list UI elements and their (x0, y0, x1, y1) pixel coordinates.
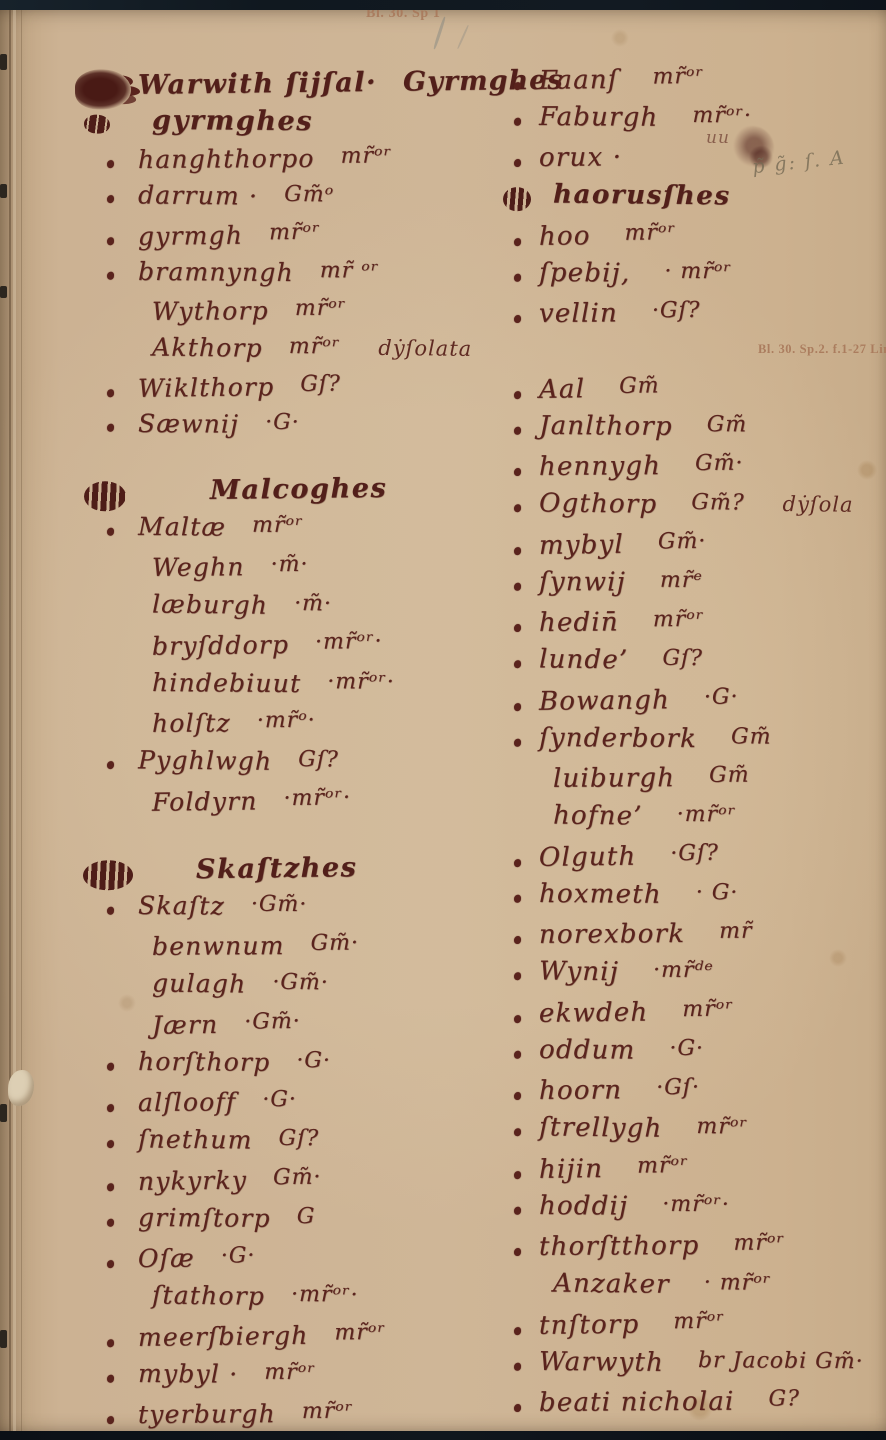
manuscript-section: Warwith ſijſal·Gyrmghesgyrmgheshanghthor… (82, 68, 506, 448)
paragraph-marker-slot (82, 69, 138, 110)
place-name: Malcoghes (210, 473, 388, 506)
binding-crease (9, 8, 11, 1433)
entry-bullet (106, 1140, 113, 1148)
entry-bullet-slot (495, 467, 539, 475)
manuscript-line: bramnynghmr̃ ᵒʳ (82, 257, 506, 298)
manuscript-line: hoddij·mr̃ᵒʳ· (495, 1191, 886, 1233)
entry-bullet-slot (495, 273, 539, 281)
printed-caption-sp2: Bl. 30. Sp.2. f.1-27 Lin. (758, 342, 886, 357)
tax-abbreviation: mr̃ᵒʳ (624, 220, 676, 246)
place-name: Pyghlwgh (138, 745, 272, 775)
manuscript-line: gyrmghmr̃ᵒʳ (82, 217, 506, 260)
entry-bullet (106, 1183, 113, 1191)
entry-bullet-slot (82, 1259, 138, 1267)
manuscript-line: ſtathorp·mr̃ᵒʳ· (82, 1280, 506, 1323)
entry-bullet (513, 82, 520, 90)
tax-abbreviation: ·mr̃ᵒʳ· (291, 1282, 359, 1308)
entry-bullet-slot (82, 424, 138, 432)
printed-caption-sp1: Bl. 30. Sp 1 (366, 8, 441, 22)
tax-abbreviation: ·m̃· (294, 591, 332, 616)
tax-abbreviation: mr̃ᵒʳ (269, 220, 321, 246)
place-name: luiburgh (553, 763, 675, 794)
manuscript-line: Weghn·m̃· (82, 551, 506, 593)
entry-bullet (513, 547, 520, 555)
manuscript-line: Olguth·Gſ? (495, 839, 886, 883)
tax-abbreviation: ·G· (221, 1243, 256, 1268)
paragraph-marker-slot (495, 186, 539, 210)
place-name: vellin (539, 298, 618, 328)
manuscript-line: vellin·Gſ? (495, 297, 886, 338)
paragraph-marker-slot (82, 859, 138, 890)
entry-bullet (513, 315, 520, 323)
tax-abbreviation: ·G· (704, 684, 739, 709)
entry-bullet (513, 582, 520, 590)
place-name: alſlooff (138, 1087, 237, 1117)
place-name: bramnyngh (138, 257, 294, 287)
empty-marker-slot (82, 1030, 138, 1031)
paragraph-marker-slot (82, 480, 138, 511)
entry-bullet (106, 160, 113, 168)
tax-abbreviation: Gm̃· (658, 529, 707, 555)
entry-bullet (513, 1362, 520, 1370)
place-name: orux · (539, 142, 622, 173)
manuscript-section: Faanſmr̃ᵒʳFaburghmr̃ᵒʳ·orux ·haorusſhesh… (495, 64, 886, 337)
tax-abbreviation: Gſ? (662, 646, 703, 671)
place-name: beati nicholai (539, 1387, 735, 1418)
entry-bullet-slot (495, 659, 539, 667)
manuscript-line: lunde’Gſ? (495, 644, 886, 687)
pencil-streak (457, 25, 469, 50)
place-name: darrum · (138, 180, 258, 210)
manuscript-line: norexborkmr̃ (495, 918, 886, 959)
entry-bullet (513, 504, 520, 512)
entry-bullet-slot (82, 527, 138, 535)
manuscript-section: MalcoghesMaltæmr̃ᵒʳWeghn·m̃·læburgh·m̃·b… (82, 474, 506, 825)
entry-bullet (513, 660, 520, 668)
entry-bullet (513, 738, 520, 746)
place-name: hoddij (539, 1191, 628, 1222)
marginal-note-desolata: dẏſola (782, 492, 853, 517)
manuscript-line: Oſæ·G· (82, 1242, 506, 1284)
entry-bullet-slot (495, 390, 539, 399)
tax-abbreviation: mr̃ (719, 919, 753, 944)
tax-abbreviation: Gm̃ᵒ (284, 182, 334, 208)
manuscript-line: Faanſmr̃ᵒʳ (495, 62, 886, 106)
stitch-mark (0, 54, 7, 70)
entry-bullet (513, 238, 520, 246)
entry-bullet (513, 1092, 520, 1100)
place-name: hennygh (539, 451, 661, 482)
place-name: ſnethum (138, 1124, 253, 1154)
manuscript-line: hennyghGm̃· (495, 450, 886, 491)
manuscript-line: orux · (495, 141, 886, 182)
place-name: Foldyrn (152, 786, 258, 816)
manuscript-line: hofne’·mr̃ᵒʳ (495, 800, 886, 843)
entry-bullet (513, 273, 520, 281)
scan-border-bottom (0, 1431, 886, 1440)
manuscript-line: mybyl ·mr̃ᵒʳ (82, 1359, 506, 1401)
manuscript-line: ſynderborkGm̃ (495, 723, 886, 765)
manuscript-line: læburgh·m̃· (82, 589, 506, 632)
entry-bullet-slot (495, 117, 539, 125)
manuscript-section: SkaſtzhesSkaſtz·Gm̃·benwnumGm̃·gulagh·Gm… (82, 853, 506, 1433)
paragraph-marker (84, 481, 126, 512)
paragraph-marker (83, 859, 133, 890)
tax-abbreviation: Gm̃ (709, 763, 750, 788)
entry-bullet-slot (82, 1374, 138, 1382)
place-name: meerſbiergh (138, 1321, 309, 1352)
tax-abbreviation: mr̃ᵒʳ (652, 64, 704, 90)
manuscript-line: nykyrkyGm̃· (82, 1162, 506, 1206)
place-name: oddum (539, 1035, 636, 1066)
entry-bullet-slot (495, 158, 539, 166)
place-name: grimſtorp (138, 1203, 271, 1233)
tax-abbreviation: br Jacobi Gm̃· (698, 1348, 864, 1374)
manuscript-line: ſtrellyghmr̃ᵒʳ (495, 1112, 886, 1155)
entry-bullet-slot (82, 237, 138, 246)
tax-abbreviation: Gm̃· (695, 451, 744, 476)
manuscript-line: hoomr̃ᵒʳ (495, 218, 886, 262)
entry-bullet (513, 391, 520, 399)
tax-abbreviation: Gm̃· (273, 1165, 322, 1191)
entry-bullet (106, 424, 113, 432)
manuscript-line: Sæwnij·G· (82, 409, 506, 450)
tax-abbreviation: G (297, 1204, 316, 1229)
entry-bullet-slot (82, 1139, 138, 1148)
manuscript-line: Akthorpmr̃ᵒʳdẏſolata (82, 332, 506, 374)
entry-bullet (106, 389, 113, 397)
tax-abbreviation: ·m̃· (271, 552, 309, 577)
place-name: Ogthorp (539, 488, 658, 519)
place-name: tyerburgh (138, 1399, 276, 1429)
entry-bullet (513, 1248, 520, 1256)
entry-bullet-slot (82, 195, 138, 204)
manuscript-line: Warwith ſijſal·Gyrmghes (82, 65, 506, 108)
tax-abbreviation: Gm̃ (707, 412, 748, 437)
place-name: gyrmghes (152, 105, 313, 137)
entry-bullet-slot (82, 760, 138, 769)
place-name: mybyl · (138, 1359, 238, 1389)
entry-bullet (106, 1374, 113, 1382)
entry-bullet (513, 1050, 520, 1058)
place-name: tnſtorp (539, 1310, 640, 1341)
manuscript-line: JanlthorpGm̃ (495, 411, 886, 453)
place-name: læburgh (152, 590, 268, 620)
place-name: Skaſtzhes (196, 852, 358, 885)
stitch-mark (0, 1330, 7, 1348)
entry-bullet (106, 906, 113, 914)
place-name: nykyrky (138, 1166, 247, 1196)
entry-bullet (106, 1260, 113, 1268)
tax-abbreviation: ·Gſ? (652, 298, 701, 323)
entry-bullet-slot (495, 1170, 539, 1179)
manuscript-line: AalGm̃ (495, 371, 886, 415)
entry-bullet-slot (495, 1127, 539, 1135)
place-name: Janlthorp (539, 411, 673, 442)
entry-bullet (106, 237, 113, 245)
entry-bullet-slot (82, 272, 138, 280)
empty-marker-slot (82, 807, 138, 808)
entry-bullet (513, 159, 520, 167)
tax-abbreviation: mr̃ᵒʳ (696, 1114, 748, 1140)
tax-abbreviation: mr̃ᵒʳ (673, 1309, 725, 1335)
tax-abbreviation: Gſ? (278, 1126, 319, 1151)
place-name: Wythorp (152, 296, 269, 326)
place-name: Anzaker (553, 1269, 670, 1300)
manuscript-line: ſynwijmr̃ᵉ (495, 567, 886, 609)
manuscript-line: gulagh·Gm̃· (82, 968, 506, 1011)
manuscript-line: Wythorpmr̃ᵒʳ (82, 295, 506, 336)
entry-bullet (513, 894, 520, 902)
entry-bullet-slot (495, 738, 539, 746)
tax-abbreviation: mr̃ᵒʳ (302, 1399, 354, 1424)
place-name: ſtrellygh (539, 1112, 663, 1143)
tax-abbreviation: · G· (696, 880, 739, 905)
place-name: Maltæ (138, 512, 226, 542)
place-name: Olguth (539, 842, 637, 873)
empty-marker-slot (82, 351, 138, 352)
column-2-lower: AalGm̃JanlthorpGm̃hennyghGm̃·OgthorpGm̃?… (495, 373, 886, 1426)
tax-abbreviation: ·G· (265, 410, 300, 435)
entry-bullet (513, 117, 520, 125)
place-name: gulagh (152, 969, 247, 999)
tax-abbreviation: Gm̃? (691, 490, 744, 516)
manuscript-line: WiklthorpGſ? (82, 369, 506, 412)
column-2-upper: Faanſmr̃ᵒʳFaburghmr̃ᵒʳ·orux ·haorusſhesh… (495, 64, 886, 337)
entry-bullet-slot (495, 858, 539, 867)
tax-abbreviation: mr̃ᵒʳ (682, 996, 734, 1022)
manuscript-line: hedin̄mr̃ᵒʳ (495, 606, 886, 647)
place-name: ſynwij (539, 567, 626, 598)
place-name: Wynij (539, 956, 619, 987)
entry-bullet-slot (495, 314, 539, 322)
manuscript-line: benwnumGm̃· (82, 930, 506, 972)
manuscript-line: Skaſtz·Gm̃· (82, 891, 506, 933)
place-name: mybyl (539, 530, 624, 561)
place-name: gyrmgh (138, 221, 243, 251)
manuscript-page: Bl. 30. Sp 1 Bl. 30. Sp.2. f.1-27 Lin. u… (0, 8, 886, 1433)
tax-abbreviation: ·Gm̃· (251, 892, 308, 917)
tax-abbreviation: Gm̃· (310, 931, 359, 956)
manuscript-line: luiburghGm̃ (495, 762, 886, 803)
entry-bullet-slot (82, 1218, 138, 1226)
place-name: hoorn (539, 1075, 622, 1106)
entry-bullet-slot (495, 1206, 539, 1214)
place-name: Faanſ (539, 65, 619, 96)
entry-bullet-slot (495, 237, 539, 246)
place-name: Wiklthorp (138, 372, 275, 403)
manuscript-line: Malcoghes (82, 471, 506, 515)
place-name: hindebiuut (152, 668, 301, 698)
paragraph-marker-slot (82, 114, 138, 133)
entry-bullet (513, 972, 520, 980)
manuscript-line: Bowangh·G· (495, 683, 886, 727)
manuscript-line: beati nicholaiG? (495, 1386, 886, 1427)
place-name: hoo (539, 221, 591, 252)
manuscript-line: thorſtthorpmr̃ᵒʳ (495, 1230, 886, 1271)
entry-bullet-slot (495, 702, 539, 711)
manuscript-line: Faburghmr̃ᵒʳ· (495, 102, 886, 144)
entry-bullet (513, 703, 520, 711)
entry-bullet-slot (82, 1103, 138, 1111)
place-name: ſynderbork (539, 723, 697, 754)
tax-abbreviation: mr̃ᵒʳ (334, 1320, 386, 1346)
entry-bullet-slot (495, 81, 539, 90)
manuscript-line: haorusſhes (495, 179, 886, 222)
tax-abbreviation: ·mr̃ᵒʳ· (662, 1192, 730, 1217)
entry-bullet (513, 1015, 520, 1023)
stitch-mark (0, 1104, 7, 1122)
manuscript-line: bryſddorp·mr̃ᵒʳ· (82, 627, 506, 671)
stitch-mark (0, 184, 7, 198)
place-name: Weghn (152, 552, 245, 582)
tax-abbreviation: ·G· (296, 1048, 331, 1073)
manuscript-line: Maltæmr̃ᵒʳ (82, 512, 506, 554)
entry-bullet-slot (495, 1014, 539, 1023)
manuscript-line: ſpebij,· mr̃ᵒʳ (495, 258, 886, 300)
place-name: holſtz (152, 708, 231, 737)
tax-abbreviation: mr̃ᵒʳ (637, 1153, 689, 1179)
tax-abbreviation: ·mr̃ᵈᵉ (653, 958, 714, 984)
place-name: ſpebij, (539, 258, 631, 289)
entry-bullet (106, 1416, 113, 1424)
tax-abbreviation: mr̃ ᵒʳ (320, 258, 380, 283)
entry-bullet (513, 1128, 520, 1136)
place-name: horſthorp (138, 1047, 271, 1077)
place-name: Bowangh (539, 685, 670, 717)
tax-abbreviation: G? (768, 1386, 800, 1411)
paper-chip (8, 1070, 34, 1106)
place-name: Akthorp (152, 333, 263, 363)
manuscript-line: hoorn·Gſ· (495, 1074, 886, 1115)
entry-bullet-slot (82, 1062, 138, 1070)
manuscript-line: Warwythbr Jacobi Gm̃· (495, 1347, 886, 1389)
tax-abbreviation: Gm̃ (731, 724, 772, 749)
tax-abbreviation: ·mr̃ᵒʳ· (283, 785, 351, 811)
place-name: bryſddorp (152, 630, 290, 661)
place-name: Warwith ſijſal· (138, 67, 377, 101)
entry-bullet (513, 1404, 520, 1412)
manuscript-line: horſthorp·G· (82, 1047, 506, 1089)
manuscript-line: Wynij·mr̃ᵈᵉ (495, 956, 886, 999)
entry-bullet (513, 624, 520, 632)
place-name: Warwyth (539, 1347, 664, 1378)
manuscript-line: meerſbierghmr̃ᵒʳ (82, 1318, 506, 1362)
manuscript-line: OgthorpGm̃?dẏſola (495, 488, 886, 531)
entry-bullet-slot (495, 971, 539, 979)
tax-abbreviation: mr̃ᵒʳ (341, 143, 393, 168)
entry-bullet (106, 195, 113, 203)
scan-border-top (0, 0, 886, 10)
entry-bullet (513, 859, 520, 867)
place-name: hanghthorpo (138, 144, 315, 174)
manuscript-line: oddum·G· (495, 1035, 886, 1077)
empty-marker-slot (82, 987, 138, 988)
tax-abbreviation: ·G· (262, 1087, 297, 1112)
place-name: haorusſhes (553, 180, 731, 212)
entry-bullet-slot (495, 582, 539, 590)
place-name: benwnum (152, 931, 285, 961)
tax-abbreviation: · mr̃ᵒʳ (704, 1270, 772, 1296)
entry-bullet-slot (495, 1091, 539, 1099)
manuscript-line: Foldyrn·mr̃ᵒʳ· (82, 783, 506, 827)
tax-abbreviation: · mr̃ᵒʳ (664, 259, 732, 284)
entry-bullet-slot (495, 546, 539, 555)
entry-bullet-slot (495, 503, 539, 511)
manuscript-line: mybylGm̃· (495, 527, 886, 571)
entry-bullet (106, 1062, 113, 1070)
entry-bullet (513, 426, 520, 434)
empty-marker-slot (82, 608, 138, 609)
binding-crease-line (21, 8, 22, 1433)
entry-bullet-slot (495, 935, 539, 943)
manuscript-line: tyerburghmr̃ᵒʳ (82, 1398, 506, 1433)
tax-abbreviation: mr̃ᵒʳ· (692, 103, 752, 128)
tax-abbreviation: mr̃ᵒʳ (289, 334, 341, 360)
entry-bullet (106, 761, 113, 769)
tax-abbreviation: Gſ? (298, 747, 339, 772)
tax-abbreviation: mr̃ᵉ (660, 568, 703, 593)
stitch-mark (0, 286, 7, 298)
entry-bullet-slot (495, 1403, 539, 1411)
entry-bullet (106, 272, 113, 280)
manuscript-line: hoxmeth· G· (495, 879, 886, 921)
entry-bullet-slot (82, 1338, 138, 1347)
place-name: thorſtthorp (539, 1231, 700, 1262)
entry-bullet-slot (495, 1050, 539, 1058)
manuscript-line: ſnethumGſ? (82, 1124, 506, 1167)
entry-bullet-slot (82, 1182, 138, 1191)
tax-abbreviation: mr̃ᵒʳ (295, 296, 347, 321)
manuscript-line: Anzaker· mr̃ᵒʳ (495, 1268, 886, 1311)
entry-bullet (106, 1218, 113, 1226)
tax-abbreviation: mr̃ᵒʳ (264, 1360, 316, 1385)
tax-abbreviation: ·G· (669, 1036, 704, 1061)
tax-abbreviation: ·mr̃ᵒʳ· (315, 629, 383, 655)
tax-abbreviation: mr̃ᵒʳ (653, 607, 705, 632)
paragraph-marker (503, 187, 531, 211)
entry-bullet (106, 1339, 113, 1347)
binding-crease-highlight (13, 8, 16, 1433)
tax-abbreviation: ·Gſ· (656, 1075, 700, 1100)
place-name: hijin (539, 1154, 604, 1185)
manuscript-line: PyghlwghGſ? (82, 745, 506, 788)
tax-abbreviation: ·mr̃ᵒ· (257, 708, 316, 733)
place-name: norexbork (539, 919, 685, 950)
place-name: Jærn (152, 1010, 219, 1040)
manuscript-line: tnſtorpmr̃ᵒʳ (495, 1307, 886, 1351)
empty-marker-slot (82, 651, 138, 652)
manuscript-line: gyrmghes (82, 105, 506, 146)
manuscript-line: alſlooff·G· (82, 1086, 506, 1128)
entry-bullet-slot (495, 894, 539, 902)
entry-bullet-slot (82, 1415, 138, 1423)
entry-bullet-slot (495, 1247, 539, 1255)
entry-bullet-slot (495, 1326, 539, 1335)
empty-marker-slot (82, 1299, 138, 1300)
place-name: Aal (539, 374, 586, 405)
marginal-note-desolata: dẏſolata (378, 336, 472, 361)
manuscript-line: hindebiuut·mr̃ᵒʳ· (82, 668, 506, 710)
place-name: hoxmeth (539, 879, 662, 910)
place-name: hofne’ (553, 801, 643, 832)
place-name: ekwdeh (539, 998, 649, 1029)
manuscript-line: darrum ·Gm̃ᵒ (82, 180, 506, 222)
manuscript-line: ekwdehmr̃ᵒʳ (495, 995, 886, 1039)
tax-abbreviation: mr̃ᵒʳ (252, 513, 304, 538)
paragraph-marker (84, 114, 110, 133)
entry-bullet (513, 1327, 520, 1335)
